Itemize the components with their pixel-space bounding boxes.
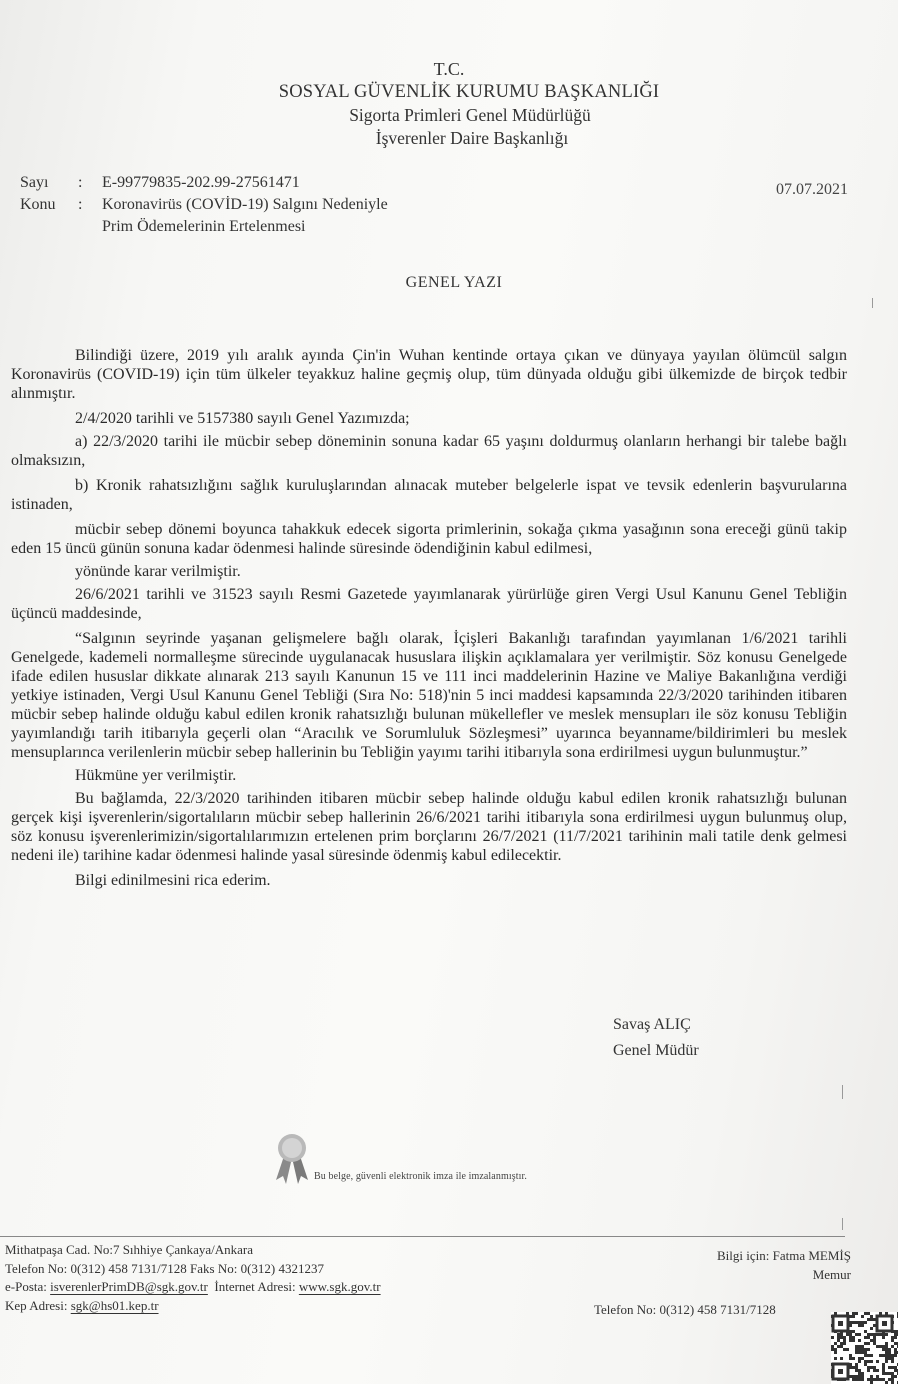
footer-info-contact: Bilgi için: Fatma MEMİŞ Memur [717, 1246, 851, 1284]
web-label: İnternet Adresi: [214, 1279, 295, 1294]
electronic-signature-notice: Bu belge, güvenli elektronik imza ile im… [272, 1130, 527, 1186]
email-label: e-Posta: [5, 1279, 47, 1294]
paragraph-decision-end: yönünde karar verilmiştir. [11, 562, 847, 581]
kep-label: Kep Adresi: [5, 1298, 67, 1313]
info-contact-role: Memur [717, 1265, 851, 1284]
scan-mark [872, 298, 873, 308]
document-title: GENEL YAZI [0, 274, 898, 292]
konu-line-1: Koronavirüs (COVİD-19) Salgını Nedeniyle [102, 196, 388, 213]
paragraph-provision: Hükmüne yer verilmiştir. [11, 766, 847, 785]
document-meta: Sayı : E-99779835-202.99-27561471 Konu :… [20, 172, 388, 238]
meta-konu: Konu : Koronavirüs (COVİD-19) Salgını Ne… [20, 194, 388, 238]
signatory-name: Savaş ALIÇ [613, 1012, 699, 1038]
info-contact-name: Bilgi için: Fatma MEMİŞ [717, 1246, 851, 1265]
document-body: Bilindiği üzere, 2019 yılı aralık ayında… [11, 346, 847, 894]
footer-divider [0, 1236, 845, 1237]
footer-contact: Mithatpaşa Cad. No:7 Sıhhiye Çankaya/Ank… [5, 1241, 381, 1315]
letterhead-department: İşverenler Daire Başkanlığı [46, 127, 898, 150]
kep-link[interactable]: sgk@hs01.kep.tr [71, 1298, 159, 1313]
footer-kep: Kep Adresi: sgk@hs01.kep.tr [5, 1297, 381, 1316]
footer-address: Mithatpaşa Cad. No:7 Sıhhiye Çankaya/Ank… [5, 1241, 381, 1260]
esign-text: Bu belge, güvenli elektronik imza ile im… [314, 1171, 527, 1182]
meta-sayi: Sayı : E-99779835-202.99-27561471 [20, 172, 388, 194]
footer-email-web: e-Posta: isverenlerPrimDB@sgk.gov.tr İnt… [5, 1278, 381, 1297]
letterhead: T.C. SOSYAL GÜVENLİK KURUMU BAŞKANLIĞI S… [0, 58, 898, 150]
paragraph-item-b: b) Kronik rahatsızlığını sağlık kuruluşl… [11, 476, 847, 514]
website-link[interactable]: www.sgk.gov.tr [299, 1279, 381, 1294]
email-link[interactable]: isverenlerPrimDB@sgk.gov.tr [50, 1279, 208, 1294]
paragraph-decision: mücbir sebep dönemi boyunca tahakkuk ede… [11, 520, 847, 558]
signature-block: Savaş ALIÇ Genel Müdür [613, 1012, 699, 1064]
footer-contact-phone: Telefon No: 0(312) 458 7131/7128 [594, 1302, 776, 1318]
letterhead-institution: SOSYAL GÜVENLİK KURUMU BAŞKANLIĞI [40, 81, 898, 104]
konu-label: Konu [20, 194, 78, 238]
konu-value: Koronavirüs (COVİD-19) Salgını Nedeniyle… [102, 194, 388, 238]
scan-mark [842, 1085, 843, 1099]
seal-ribbon-icon [272, 1130, 312, 1186]
paragraph-intro: Bilindiği üzere, 2019 yılı aralık ayında… [11, 346, 847, 403]
scan-mark [842, 1218, 843, 1230]
letterhead-directorate: Sigorta Primleri Genel Müdürlüğü [42, 104, 898, 127]
paragraph-reference: 2/4/2020 tarihli ve 5157380 sayılı Genel… [11, 409, 847, 428]
paragraph-quote: “Salgının seyrinde yaşanan gelişmelere b… [11, 629, 847, 762]
footer-phone-fax: Telefon No: 0(312) 458 7131/7128 Faks No… [5, 1260, 381, 1279]
paragraph-closing: Bilgi edinilmesini rica ederim. [11, 871, 847, 890]
sayi-label: Sayı [20, 172, 78, 194]
document-date: 07.07.2021 [776, 181, 848, 199]
document-title-text: GENEL YAZI [406, 274, 503, 291]
paragraph-gazette: 26/6/2021 tarihli ve 31523 sayılı Resmi … [11, 585, 847, 623]
signatory-title: Genel Müdür [613, 1038, 699, 1064]
konu-colon: : [78, 194, 102, 238]
document-page: T.C. SOSYAL GÜVENLİK KURUMU BAŞKANLIĞI S… [0, 0, 898, 1384]
sayi-value: E-99779835-202.99-27561471 [102, 172, 300, 194]
sayi-colon: : [78, 172, 102, 194]
paragraph-item-a: a) 22/3/2020 tarihi ile mücbir sebep dön… [11, 432, 847, 470]
konu-line-2: Prim Ödemelerinin Ertelenmesi [102, 218, 306, 235]
qr-code-icon [831, 1312, 898, 1384]
paragraph-conclusion: Bu bağlamda, 22/3/2020 tarihinden itibar… [11, 789, 847, 865]
letterhead-tc: T.C. [0, 58, 898, 81]
